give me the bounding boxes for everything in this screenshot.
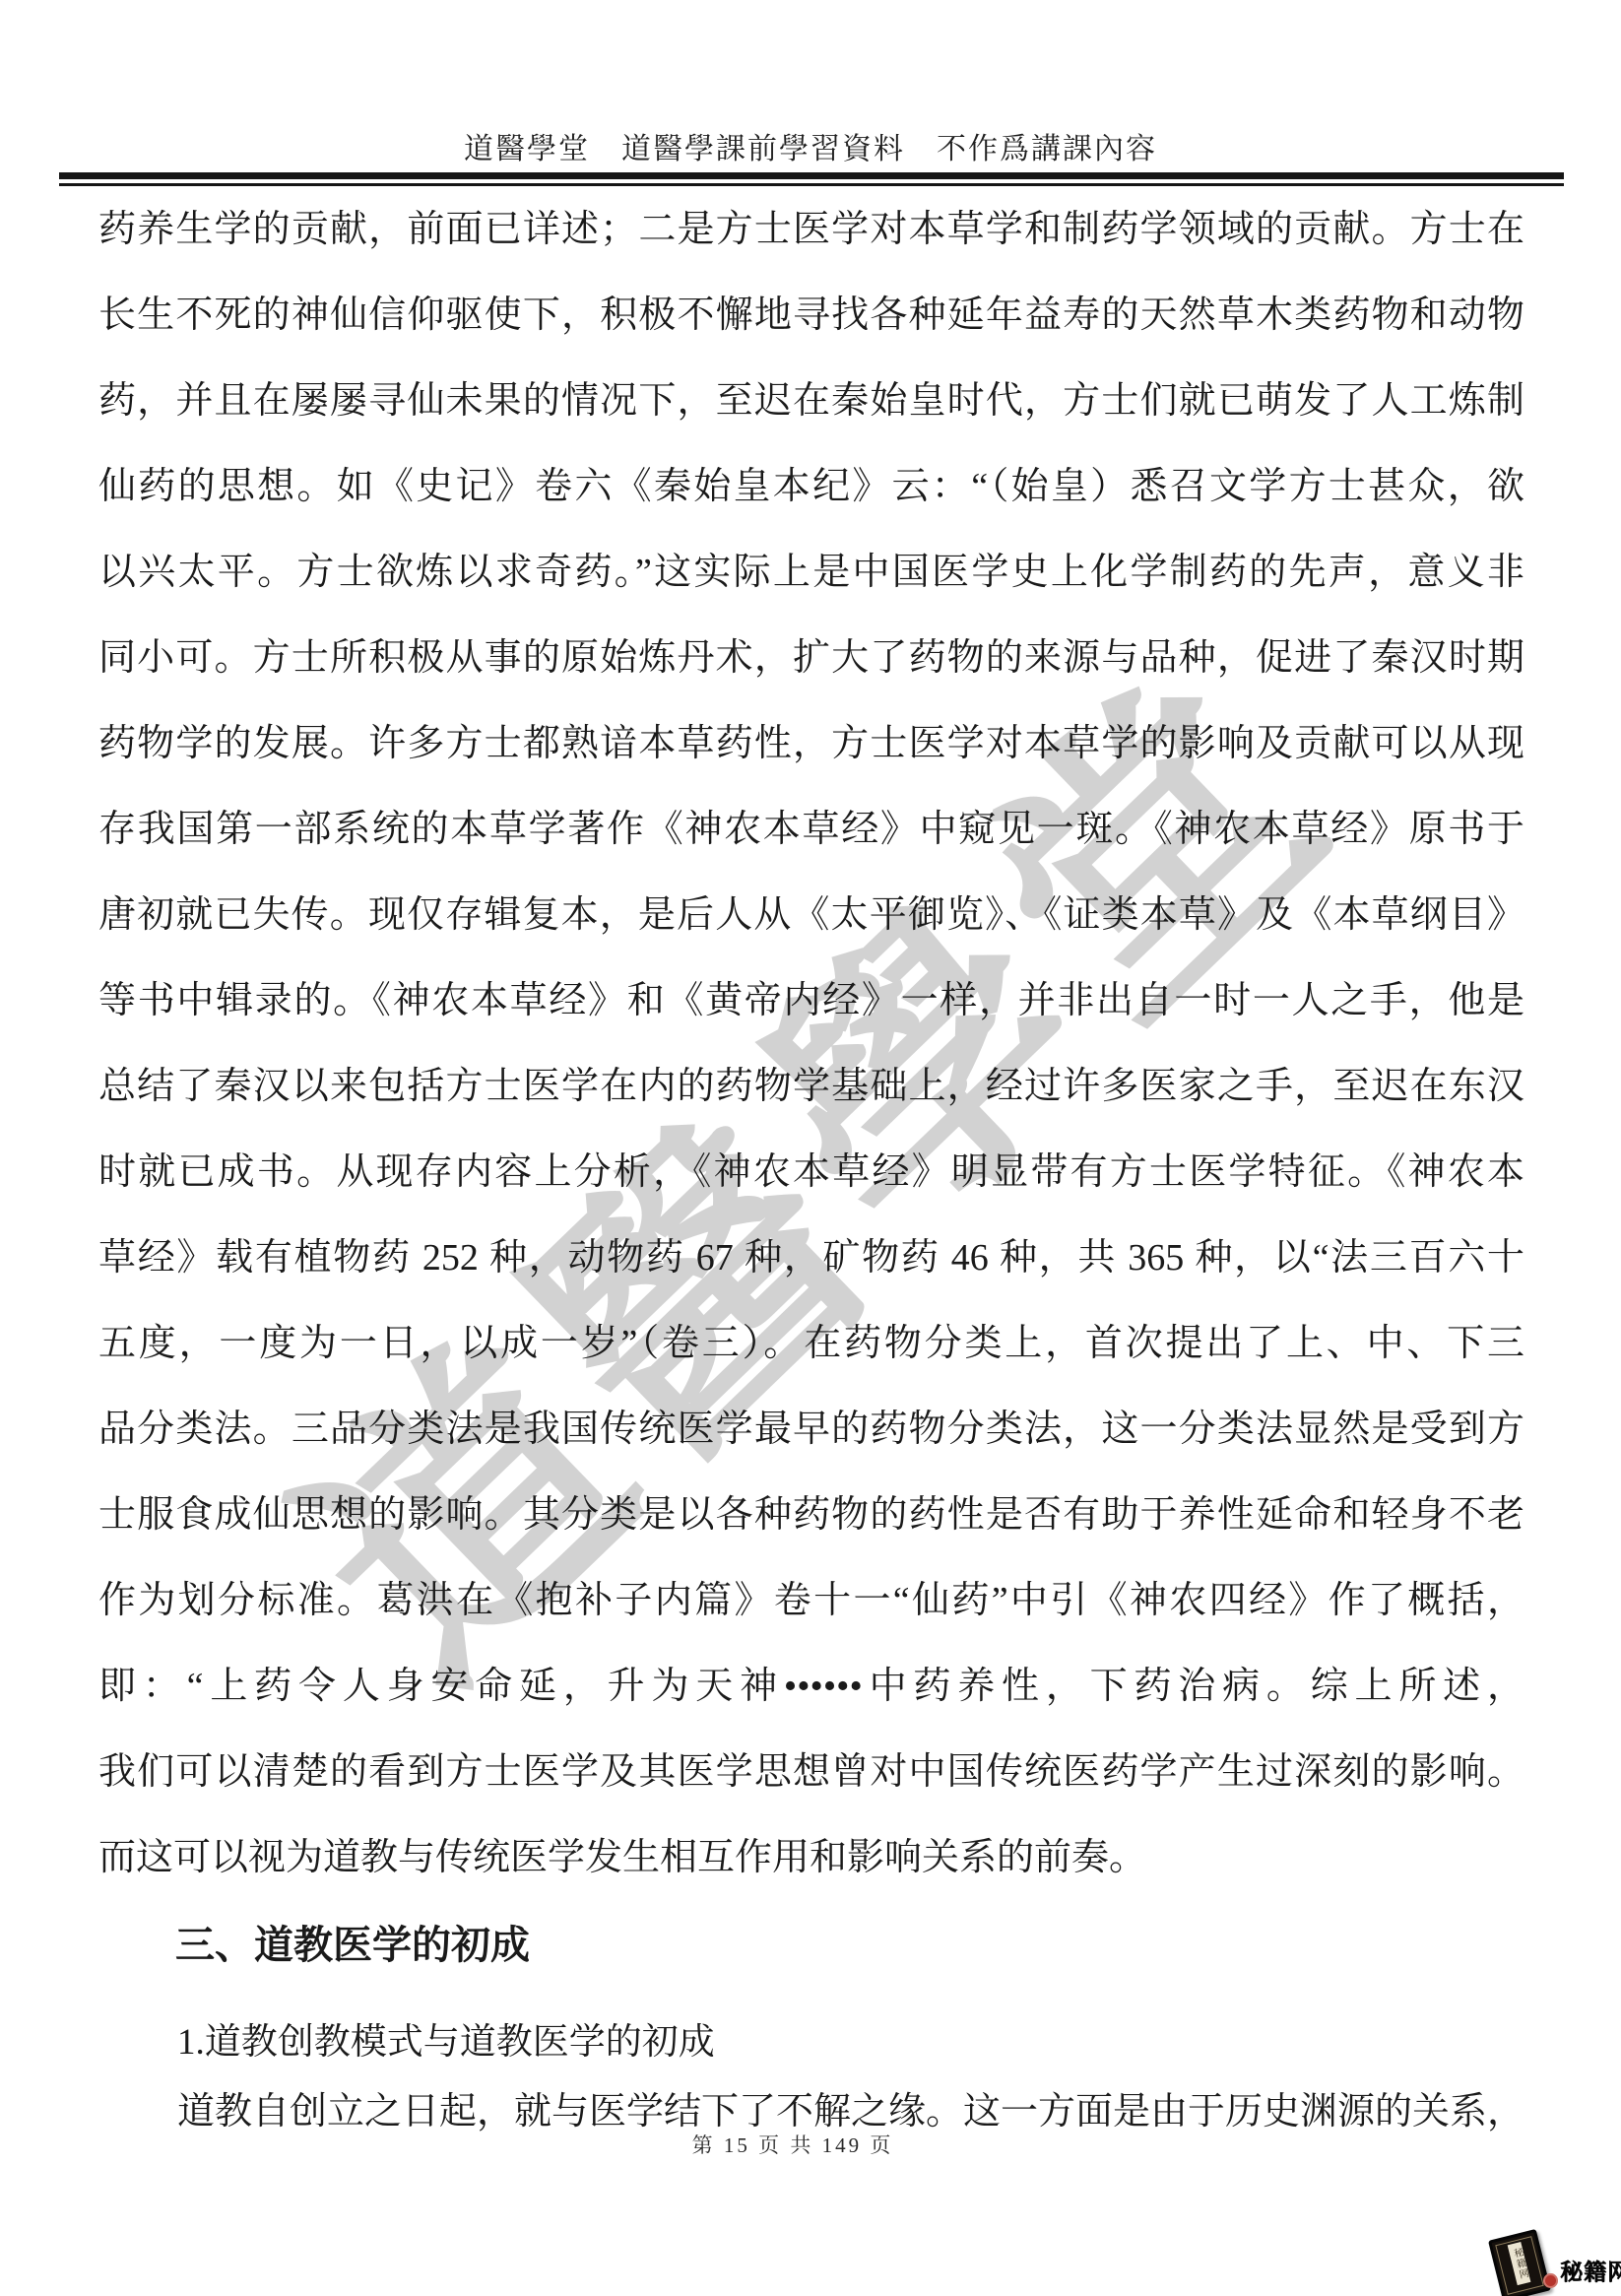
body-line: 即：“上药令人身安命延，升为天神••••••中药养性，下药治病。综上所述， — [98, 1644, 1524, 1730]
book-icon: 秘籍网 — [1488, 2229, 1551, 2296]
header-rule-thin-line — [59, 183, 1564, 186]
header-rule-thick-line — [59, 172, 1564, 179]
body-line: 等书中辑录的。《神农本草经》和《黄帝内经》一样，并非出自一时一人之手，他是 — [98, 958, 1524, 1044]
body-line: 仙药的思想。如《史记》卷六《秦始皇本纪》云：“（始皇）悉召文学方士甚众，欲 — [98, 444, 1524, 530]
body-line: 唐初就已失传。现仅存辑复本，是后人从《太平御览》、《证类本草》及《本草纲目》 — [98, 873, 1524, 958]
body-line: 我们可以清楚的看到方士医学及其医学思想曾对中国传统医药学产生过深刻的影响。 — [98, 1730, 1524, 1815]
body-line: 药养生学的贡献，前面已详述；二是方士医学对本草学和制药学领域的贡献。方士在 — [98, 187, 1524, 273]
body-line: 三、道教医学的初成 — [98, 1915, 1524, 1976]
body-line: 士服食成仙思想的影响。其分类是以各种药物的药性是否有助于养性延命和轻身不老 — [98, 1473, 1524, 1558]
header-divider-rule — [59, 172, 1564, 186]
body-line: 品分类法。三品分类法是我国传统医学最早的药物分类法，这一分类法显然是受到方 — [98, 1387, 1524, 1473]
body-line: 作为划分标准。葛洪在《抱补子内篇》卷十一“仙药”中引《神农四经》作了概括， — [98, 1558, 1524, 1644]
mijiwang-logo: 秘籍网 秘籍网 — [1487, 2222, 1621, 2296]
body-line: 药，并且在屡屡寻仙未果的情况下，至迟在秦始皇时代，方士们就已萌发了人工炼制 — [98, 359, 1524, 444]
body-line: 以兴太平。方士欲炼以求奇药。”这实际上是中国医学史上化学制药的先声，意义非 — [98, 530, 1524, 616]
red-seal-icon — [1543, 2273, 1558, 2288]
body-text: 药养生学的贡献，前面已详述；二是方士医学对本草学和制药学领域的贡献。方士在长生不… — [98, 187, 1524, 2141]
logo-site-name: 秘籍网 — [1560, 2254, 1621, 2286]
body-line: 草经》载有植物药 252 种，动物药 67 种，矿物药 46 种，共 365 种… — [98, 1215, 1524, 1301]
body-line: 时就已成书。从现存内容上分析，《神农本草经》明显带有方士医学特征。《神农本 — [98, 1130, 1524, 1215]
page-header-title: 道醫學堂 道醫學課前學習資料 不作爲講課內容 — [0, 124, 1621, 167]
body-line: 1.道教创教模式与道教医学的初成 — [98, 2013, 1524, 2072]
page-number-footer: 第 15 页 共 149 页 — [0, 2130, 1586, 2159]
body-line: 而这可以视为道教与传统医学发生相互作用和影响关系的前奏。 — [98, 1815, 1524, 1901]
body-line: 长生不死的神仙信仰驱使下，积极不懈地寻找各种延年益寿的天然草木类药物和动物 — [98, 273, 1524, 359]
body-line: 五度，一度为一日，以成一岁”（卷三）。在药物分类上，首次提出了上、中、下三 — [98, 1301, 1524, 1387]
body-line: 同小可。方士所积极从事的原始炼丹术，扩大了药物的来源与品种，促进了秦汉时期 — [98, 616, 1524, 701]
body-line: 存我国第一部系统的本草学著作《神农本草经》中窥见一斑。《神农本草经》原书于 — [98, 787, 1524, 873]
body-line: 药物学的发展。许多方士都熟谙本草药性，方士医学对本草学的影响及贡献可以从现 — [98, 701, 1524, 787]
body-line: 总结了秦汉以来包括方士医学在内的药物学基础上，经过许多医家之手，至迟在东汉 — [98, 1044, 1524, 1130]
document-page: 道醫學堂 道醫學堂 道醫學課前學習資料 不作爲講課內容 药养生学的贡献，前面已详… — [0, 0, 1621, 2296]
